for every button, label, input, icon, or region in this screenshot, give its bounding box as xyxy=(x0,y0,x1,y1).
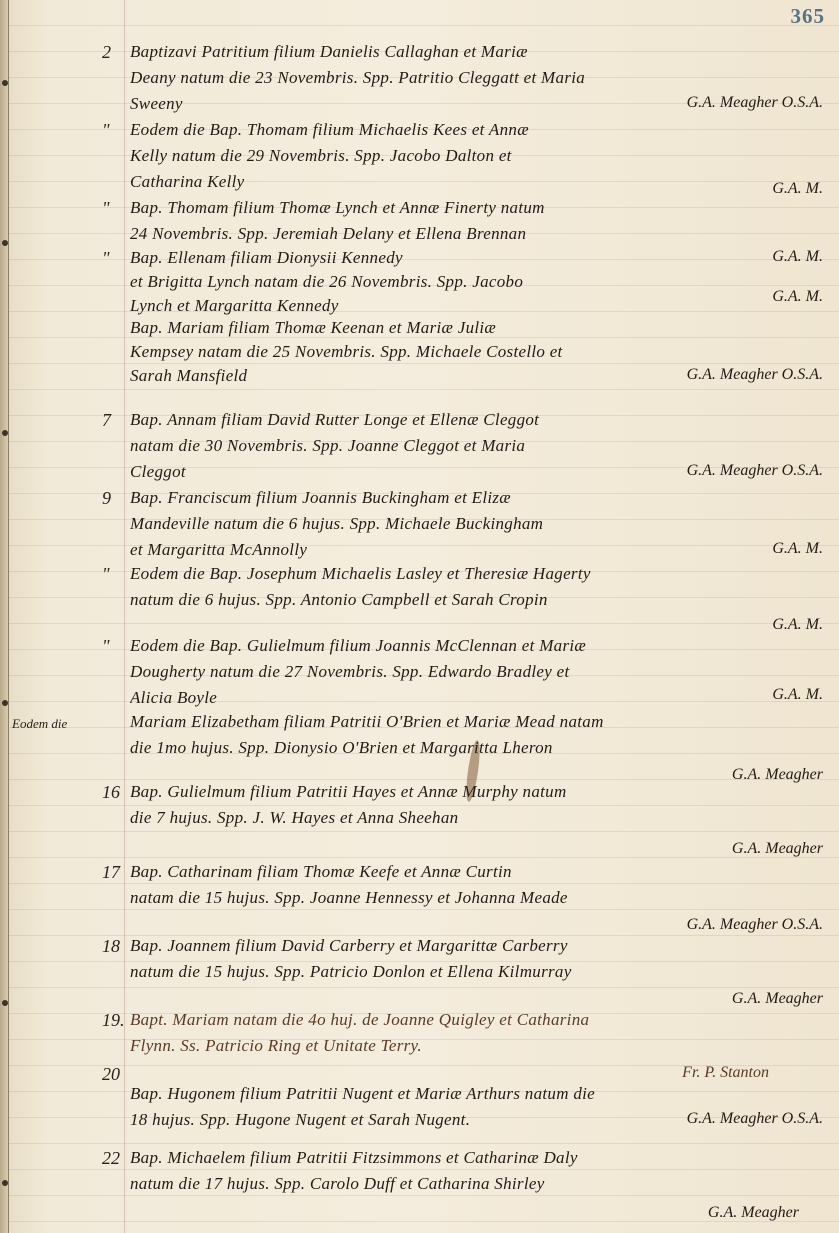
entry-day: " xyxy=(102,120,124,141)
binding-hole xyxy=(2,1180,8,1186)
entry-line: Deany natum die 23 Novembris. Spp. Patri… xyxy=(130,68,815,94)
entry-day: 7 xyxy=(102,410,124,431)
entry-line: Eodem die Bap. Josephum Michaelis Lasley… xyxy=(130,564,815,590)
priest-signature: G.A. Meagher O.S.A. xyxy=(687,94,823,118)
entry-line: Bap. Thomam filium Thomæ Lynch et Annæ F… xyxy=(130,198,815,224)
entry-line: Bap. Annam filiam David Rutter Longe et … xyxy=(130,410,815,436)
priest-signature: G.A. M. xyxy=(772,540,823,564)
binding-hole xyxy=(2,240,8,246)
priest-signature: G.A. Meagher O.S.A. xyxy=(687,366,823,390)
entry-line: Bap. Ellenam filiam Dionysii Kennedy xyxy=(130,248,815,274)
entry-line: Alicia Boyle xyxy=(130,688,815,714)
entry-line: Eodem die Bap. Thomam filium Michaelis K… xyxy=(130,120,815,146)
entry-line: Kempsey natam die 25 Novembris. Spp. Mic… xyxy=(130,342,815,368)
entry-day: 19. xyxy=(102,1010,124,1031)
priest-signature: G.A. M. xyxy=(772,686,823,710)
entry-day: 17 xyxy=(102,862,124,883)
priest-signature: G.A. Meagher O.S.A. xyxy=(687,1110,823,1134)
entry-day: " xyxy=(102,198,124,219)
entry-line: natum die 6 hujus. Spp. Antonio Campbell… xyxy=(130,590,815,616)
entry-line: Bap. Michaelem filium Patritii Fitzsimmo… xyxy=(130,1148,815,1174)
priest-signature: G.A. Meagher xyxy=(732,840,823,864)
entry-day: 20 xyxy=(102,1064,124,1085)
priest-signature: G.A. Meagher xyxy=(708,1204,799,1228)
binding-hole xyxy=(2,430,8,436)
margin-note: Eodem die xyxy=(12,716,112,732)
entry-line: natam die 30 Novembris. Spp. Joanne Cleg… xyxy=(130,436,815,462)
binding-hole xyxy=(2,80,8,86)
binding-hole xyxy=(2,1000,8,1006)
entry-line: Catharina Kelly xyxy=(130,172,815,198)
entry-day: " xyxy=(102,564,124,585)
book-binding xyxy=(0,0,9,1233)
entry-line: die 1mo hujus. Spp. Dionysio O'Brien et … xyxy=(130,738,815,764)
entry-line: Flynn. Ss. Patricio Ring et Unitate Terr… xyxy=(130,1036,815,1062)
entry-line: Bap. Mariam filiam Thomæ Keenan et Mariæ… xyxy=(130,318,815,344)
entry-day: 16 xyxy=(102,782,124,803)
entry-line: Bap. Catharinam filiam Thomæ Keefe et An… xyxy=(130,862,815,888)
entry-line: natum die 15 hujus. Spp. Patricio Donlon… xyxy=(130,962,815,988)
margin-rule xyxy=(124,0,125,1233)
register-page: 365 2 Baptizavi Patritium filium Danieli… xyxy=(0,0,839,1233)
priest-signature: G.A. Meagher O.S.A. xyxy=(687,462,823,486)
entry-line: Bap. Joannem filium David Carberry et Ma… xyxy=(130,936,815,962)
entry-line: Bapt. Mariam natam die 4o huj. de Joanne… xyxy=(130,1010,815,1036)
entry-line: Mariam Elizabetham filiam Patritii O'Bri… xyxy=(130,712,815,738)
entry-day: " xyxy=(102,636,124,657)
entry-day: 18 xyxy=(102,936,124,957)
entry-line: 24 Novembris. Spp. Jeremiah Delany et El… xyxy=(130,224,815,250)
binding-hole xyxy=(2,700,8,706)
entry-line: Eodem die Bap. Gulielmum filium Joannis … xyxy=(130,636,815,662)
entry-line: Kelly natum die 29 Novembris. Spp. Jacob… xyxy=(130,146,815,172)
entry-line: natum die 17 hujus. Spp. Carolo Duff et … xyxy=(130,1174,815,1200)
entry-day: " xyxy=(102,248,124,269)
entry-line: Bap. Gulielmum filium Patritii Hayes et … xyxy=(130,782,815,808)
entry-line: Mandeville natum die 6 hujus. Spp. Micha… xyxy=(130,514,815,540)
entry-line: et Brigitta Lynch natam die 26 Novembris… xyxy=(130,272,815,298)
priest-signature: G.A. M. xyxy=(772,288,823,312)
entry-line: Baptizavi Patritium filium Danielis Call… xyxy=(130,42,815,68)
entry-day: 22 xyxy=(102,1148,124,1169)
entry-line: et Margaritta McAnnolly xyxy=(130,540,815,566)
entry-line: Dougherty natum die 27 Novembris. Spp. E… xyxy=(130,662,815,688)
entry-day: 9 xyxy=(102,488,124,509)
entry-day: 2 xyxy=(102,42,124,63)
entry-line: Bap. Hugonem filium Patritii Nugent et M… xyxy=(130,1084,815,1110)
page-number: 365 xyxy=(791,4,826,29)
entry-line: natam die 15 hujus. Spp. Joanne Hennessy… xyxy=(130,888,815,914)
entry-line: Bap. Franciscum filium Joannis Buckingha… xyxy=(130,488,815,514)
entry-line: die 7 hujus. Spp. J. W. Hayes et Anna Sh… xyxy=(130,808,815,834)
